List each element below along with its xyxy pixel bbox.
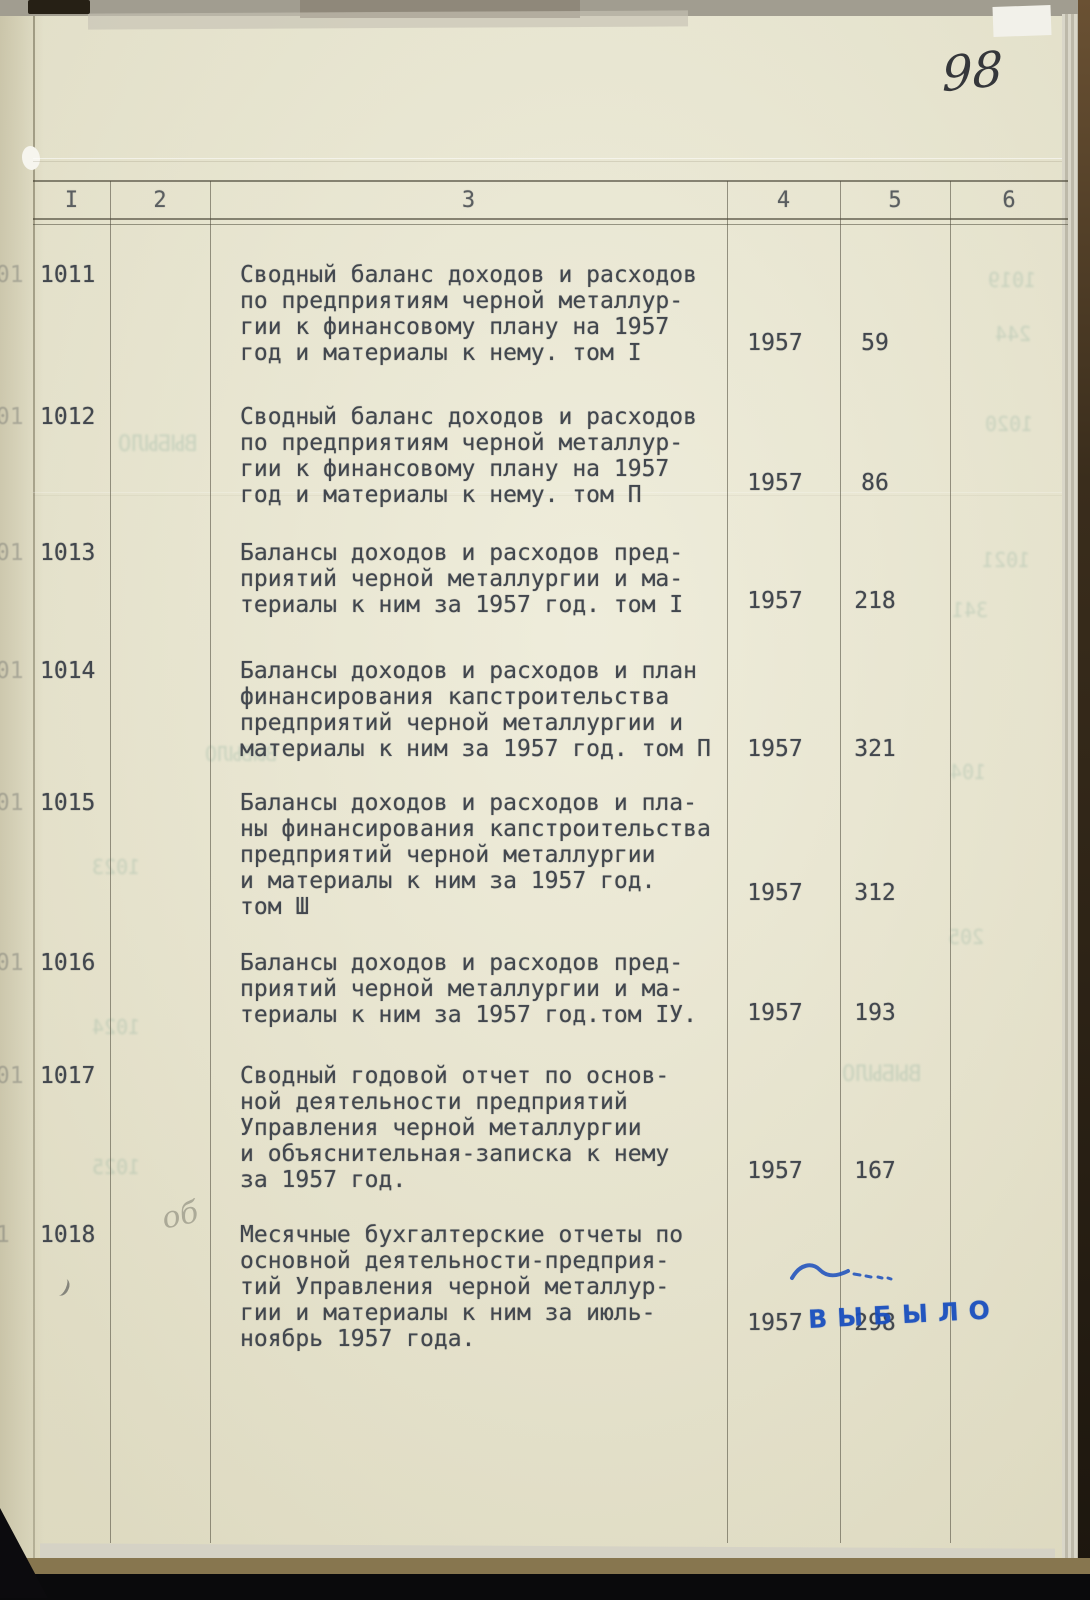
bleedthrough-text: ВЫБЫЛО bbox=[118, 432, 197, 457]
column-header-2: 2 bbox=[110, 188, 210, 213]
row-sheet-count: 321 bbox=[825, 736, 925, 762]
binding-dark-patch bbox=[28, 0, 90, 14]
column-divider-5-6 bbox=[950, 181, 951, 1543]
handwritten-page-number: 98 bbox=[942, 41, 1003, 104]
bleedthrough-text: 1019 bbox=[988, 268, 1036, 292]
row-year: 1957 bbox=[720, 736, 830, 762]
gutter-number-fragment: 101 bbox=[0, 540, 24, 566]
row-year: 1957 bbox=[720, 588, 830, 614]
row-sheet-count: 312 bbox=[825, 880, 925, 906]
row-title: Балансы доходов и расходов и план финанс… bbox=[240, 658, 720, 762]
pencil-note: об bbox=[159, 1195, 202, 1237]
row-title: Сводный годовой отчет по основ- ной деят… bbox=[240, 1063, 720, 1193]
book-edge-right bbox=[1078, 0, 1090, 1600]
column-header-4: 4 bbox=[727, 188, 840, 213]
row-number: 1014 bbox=[40, 658, 95, 684]
column-divider-2-3 bbox=[210, 181, 211, 1543]
table-header-bottom-line-2 bbox=[33, 224, 1068, 225]
bleedthrough-text: 341 bbox=[952, 598, 988, 622]
gutter-number-fragment: 101 bbox=[0, 404, 24, 430]
table-header-top-line bbox=[33, 180, 1068, 182]
row-sheet-count: 193 bbox=[825, 1000, 925, 1026]
row-title: Балансы доходов и расходов пред- приятий… bbox=[240, 950, 720, 1028]
row-year: 1957 bbox=[720, 470, 830, 496]
row-title: Балансы доходов и расходов пред- приятий… bbox=[240, 540, 720, 618]
background-bottom bbox=[0, 1574, 1090, 1600]
bleedthrough-text: 1024 bbox=[92, 1015, 140, 1039]
row-number: 1018 bbox=[40, 1222, 95, 1248]
row-title: Сводный баланс доходов и расходов по пре… bbox=[240, 262, 720, 366]
gutter-fragments-layer: 10110110110150160110101 bbox=[0, 0, 30, 1560]
row-sheet-count: 86 bbox=[825, 470, 925, 496]
horizontal-crease bbox=[33, 158, 1068, 162]
row-year: 1957 bbox=[720, 880, 830, 906]
bleedthrough-text: 1021 bbox=[982, 548, 1030, 572]
gutter-number-fragment: 601 bbox=[0, 950, 24, 976]
row-title: Месячные бухгалтерские отчеты по основно… bbox=[240, 1222, 720, 1352]
gutter-number-fragment: 101 bbox=[0, 262, 24, 288]
blue-ink-scribble bbox=[786, 1256, 896, 1288]
table-header-bottom-line bbox=[33, 218, 1068, 220]
column-divider-4-5 bbox=[840, 181, 841, 1543]
bleedthrough-text: 1020 bbox=[985, 412, 1033, 436]
row-number: 1015 bbox=[40, 790, 95, 816]
row-year: 1957 bbox=[720, 1158, 830, 1184]
column-header-5: 5 bbox=[840, 188, 950, 213]
bleedthrough-text: ВЫБЫЛО bbox=[842, 1062, 921, 1087]
gutter-number-fragment: 01 bbox=[0, 1222, 10, 1248]
column-header-1: I bbox=[33, 188, 110, 213]
paper-tab bbox=[992, 5, 1051, 37]
column-divider-1-2 bbox=[110, 181, 111, 1543]
scanned-archive-page: 10192441020ВЫБЫЛО1021341ВЫБЫЛО1041023205… bbox=[0, 0, 1090, 1600]
row-sheet-count: 218 bbox=[825, 588, 925, 614]
row-number: 1012 bbox=[40, 404, 95, 430]
row-year: 1957 bbox=[720, 1000, 830, 1026]
bleedthrough-text: 1025 bbox=[92, 1155, 140, 1179]
underlying-page-edge bbox=[88, 10, 688, 29]
bleedthrough-text: 205 bbox=[948, 925, 984, 949]
row-title: Балансы доходов и расходов и пла- ны фин… bbox=[240, 790, 720, 920]
row-number: 1016 bbox=[40, 950, 95, 976]
row-number: 1013 bbox=[40, 540, 95, 566]
gutter-number-fragment: 101 bbox=[0, 1063, 24, 1089]
gutter-number-fragment: 101 bbox=[0, 658, 24, 684]
row-number: 1017 bbox=[40, 1063, 95, 1089]
gutter-number-fragment: 501 bbox=[0, 790, 24, 816]
column-header-3: 3 bbox=[210, 188, 727, 213]
bleedthrough-text: 104 bbox=[950, 760, 986, 784]
column-divider-3-4 bbox=[727, 181, 728, 1543]
row-title: Сводный баланс доходов и расходов по пре… bbox=[240, 404, 720, 508]
row-sheet-count: 167 bbox=[825, 1158, 925, 1184]
column-header-6: 6 bbox=[950, 188, 1068, 213]
bleedthrough-text: 244 bbox=[995, 322, 1031, 346]
row-number: 1011 bbox=[40, 262, 95, 288]
bleedthrough-text: 1023 bbox=[92, 855, 140, 879]
row-year: 1957 bbox=[720, 330, 830, 356]
gutter-fold-line bbox=[33, 14, 35, 1560]
row-sheet-count: 59 bbox=[825, 330, 925, 356]
